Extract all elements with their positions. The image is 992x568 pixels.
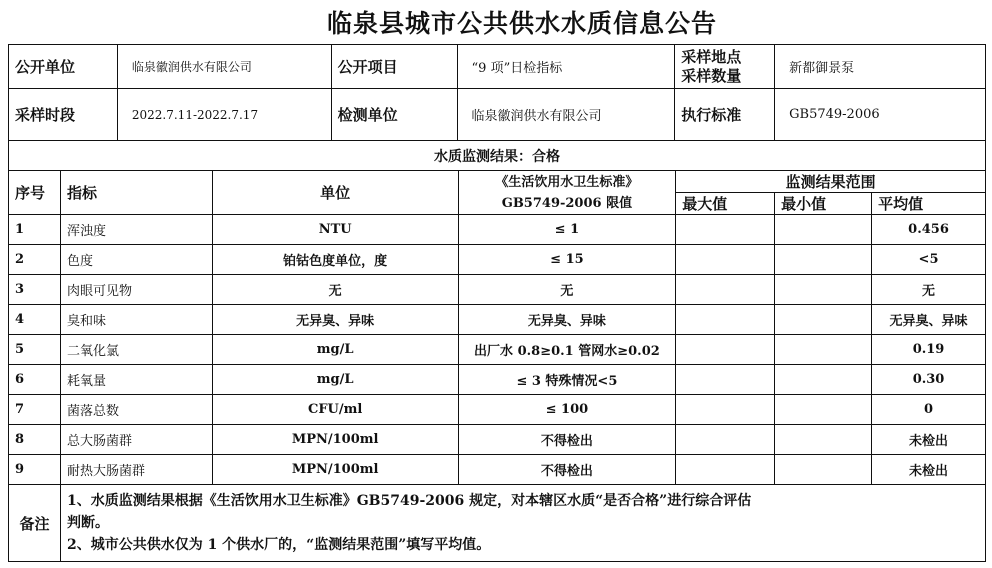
cell-min [775, 305, 872, 335]
header-avg: 平均值 [872, 193, 986, 215]
cell-min [775, 395, 872, 425]
table-row: 4臭和味无异臭、异味无异臭、异味无异臭、异味 [9, 305, 986, 335]
cell-avg: 0.30 [872, 365, 986, 395]
location-label-2: 采样数量 [681, 67, 774, 86]
cell-seq: 5 [9, 335, 61, 365]
header-unit: 单位 [212, 171, 458, 215]
cell-max [676, 245, 775, 275]
cell-seq: 1 [9, 215, 61, 245]
cell-min [775, 245, 872, 275]
cell-min [775, 215, 872, 245]
note-line-1: 1、水质监测结果根据《生活饮用水卫生标准》GB5749-2006 规定，对本辖区… [67, 490, 985, 512]
header-min: 最小值 [775, 193, 872, 215]
cell-indicator: 臭和味 [60, 305, 212, 335]
cell-max [676, 305, 775, 335]
header-range: 监测结果范围 [676, 171, 986, 193]
cell-limit: ≤ 15 [458, 245, 676, 275]
cell-seq: 4 [9, 305, 61, 335]
cell-limit: 不得检出 [458, 425, 676, 455]
cell-min [775, 365, 872, 395]
cell-avg: 0.456 [872, 215, 986, 245]
lab-label: 检测单位 [331, 89, 457, 141]
cell-min [775, 335, 872, 365]
item-value: “9 项”日检指标 [457, 45, 675, 89]
table-row: 8总大肠菌群MPN/100ml不得检出未检出 [9, 425, 986, 455]
cell-unit: 无 [212, 275, 458, 305]
cell-avg: 未检出 [872, 425, 986, 455]
page-title: 临泉县城市公共供水水质信息公告 [0, 8, 992, 40]
cell-unit: 无异臭、异味 [212, 305, 458, 335]
period-label: 采样时段 [9, 89, 118, 141]
cell-avg: 0 [872, 395, 986, 425]
cell-indicator: 二氧化氯 [60, 335, 212, 365]
cell-unit: CFU/ml [212, 395, 458, 425]
cell-unit: 铂钴色度单位，度 [212, 245, 458, 275]
cell-limit: 出厂水 0.8≥0.1 管网水≥0.02 [458, 335, 676, 365]
cell-min [775, 455, 872, 485]
cell-limit: 不得检出 [458, 455, 676, 485]
cell-seq: 9 [9, 455, 61, 485]
info-row-2: 采样时段 2022.7.11-2022.7.17 检测单位 临泉徽润供水有限公司… [9, 89, 986, 141]
location-label-1: 采样地点 [681, 48, 774, 67]
cell-indicator: 耗氧量 [60, 365, 212, 395]
cell-avg: 未检出 [872, 455, 986, 485]
cell-indicator: 色度 [60, 245, 212, 275]
notes-row: 备注 1、水质监测结果根据《生活饮用水卫生标准》GB5749-2006 规定，对… [9, 485, 986, 562]
table-row: 7菌落总数CFU/ml≤ 1000 [9, 395, 986, 425]
table-row: 5二氧化氯mg/L出厂水 0.8≥0.1 管网水≥0.020.19 [9, 335, 986, 365]
cell-unit: MPN/100ml [212, 425, 458, 455]
standard-value: GB5749-2006 [775, 89, 986, 141]
result-banner-row: 水质监测结果：合格 [9, 141, 986, 171]
note-line-2: 判断。 [67, 512, 985, 534]
location-label: 采样地点 采样数量 [675, 45, 775, 89]
cell-limit: 无异臭、异味 [458, 305, 676, 335]
cell-max [676, 215, 775, 245]
cell-indicator: 浑浊度 [60, 215, 212, 245]
cell-seq: 3 [9, 275, 61, 305]
cell-max [676, 365, 775, 395]
cell-seq: 6 [9, 365, 61, 395]
cell-unit: NTU [212, 215, 458, 245]
period-value: 2022.7.11-2022.7.17 [117, 89, 331, 141]
cell-limit: 无 [458, 275, 676, 305]
location-value: 新都御景泵 [775, 45, 986, 89]
header-row-1: 序号 指标 单位 《生活饮用水卫生标准》 GB5749-2006 限值 监测结果… [9, 171, 986, 193]
info-row-1: 公开单位 临泉徽润供水有限公司 公开项目 “9 项”日检指标 采样地点 采样数量… [9, 45, 986, 89]
table-row: 9耐热大肠菌群MPN/100ml不得检出未检出 [9, 455, 986, 485]
table-row: 2色度铂钴色度单位，度≤ 15<5 [9, 245, 986, 275]
notes-label: 备注 [9, 485, 61, 562]
notes-content: 1、水质监测结果根据《生活饮用水卫生标准》GB5749-2006 规定，对本辖区… [60, 485, 985, 562]
cell-max [676, 395, 775, 425]
cell-min [775, 425, 872, 455]
cell-seq: 8 [9, 425, 61, 455]
lab-value: 临泉徽润供水有限公司 [457, 89, 675, 141]
cell-avg: <5 [872, 245, 986, 275]
publisher-value: 临泉徽润供水有限公司 [117, 45, 331, 89]
standard-label: 执行标准 [675, 89, 775, 141]
cell-unit: mg/L [212, 365, 458, 395]
cell-avg: 无 [872, 275, 986, 305]
cell-max [676, 455, 775, 485]
cell-unit: MPN/100ml [212, 455, 458, 485]
table-row: 6耗氧量mg/L≤ 3 特殊情况<50.30 [9, 365, 986, 395]
header-limit: 《生活饮用水卫生标准》 GB5749-2006 限值 [458, 171, 676, 215]
cell-seq: 2 [9, 245, 61, 275]
cell-unit: mg/L [212, 335, 458, 365]
publisher-label: 公开单位 [9, 45, 118, 89]
header-limit-line2: GB5749-2006 限值 [459, 193, 676, 214]
header-seq: 序号 [9, 171, 61, 215]
cell-seq: 7 [9, 395, 61, 425]
info-table: 公开单位 临泉徽润供水有限公司 公开项目 “9 项”日检指标 采样地点 采样数量… [8, 44, 986, 141]
header-limit-line1: 《生活饮用水卫生标准》 [459, 172, 676, 193]
result-banner: 水质监测结果：合格 [9, 141, 986, 171]
table-row: 3肉眼可见物无无无 [9, 275, 986, 305]
header-max: 最大值 [676, 193, 775, 215]
header-indicator: 指标 [60, 171, 212, 215]
results-table: 水质监测结果：合格 序号 指标 单位 《生活饮用水卫生标准》 GB5749-20… [8, 140, 986, 562]
cell-avg: 无异臭、异味 [872, 305, 986, 335]
cell-indicator: 菌落总数 [60, 395, 212, 425]
cell-max [676, 275, 775, 305]
table-row: 1浑浊度NTU≤ 10.456 [9, 215, 986, 245]
cell-max [676, 425, 775, 455]
note-line-3: 2、城市公共供水仅为 1 个供水厂的，“监测结果范围”填写平均值。 [67, 534, 985, 556]
cell-min [775, 275, 872, 305]
cell-limit: ≤ 1 [458, 215, 676, 245]
cell-indicator: 耐热大肠菌群 [60, 455, 212, 485]
cell-indicator: 总大肠菌群 [60, 425, 212, 455]
item-label: 公开项目 [331, 45, 457, 89]
cell-max [676, 335, 775, 365]
cell-limit: ≤ 100 [458, 395, 676, 425]
cell-indicator: 肉眼可见物 [60, 275, 212, 305]
cell-avg: 0.19 [872, 335, 986, 365]
cell-limit: ≤ 3 特殊情况<5 [458, 365, 676, 395]
results-body: 1浑浊度NTU≤ 10.4562色度铂钴色度单位，度≤ 15<53肉眼可见物无无… [9, 215, 986, 485]
